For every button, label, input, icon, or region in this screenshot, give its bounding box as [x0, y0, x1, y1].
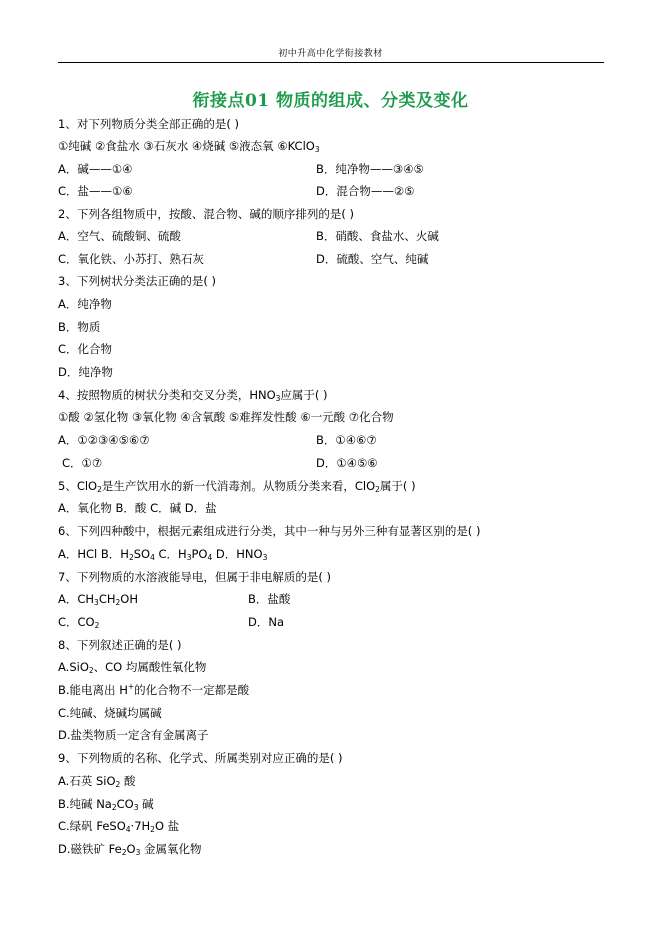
- stem-text: 属于( ): [380, 479, 416, 493]
- question-9-option-d: D.磁铁矿 Fe2O3 金属氧化物: [58, 839, 202, 859]
- subscript: 3: [315, 145, 320, 154]
- question-3-option-c: C．化合物: [58, 339, 112, 359]
- question-9-option-b: B.纯碱 Na2CO3 碱: [58, 794, 154, 814]
- option-c: C．①⑦: [58, 456, 102, 470]
- option-text: A．HCl B．H: [58, 547, 129, 561]
- question-4-options-row-2: C．①⑦ D．①④⑤⑥: [58, 453, 604, 473]
- question-6-stem: 6、下列四种酸中，根据元素组成进行分类，其中一种与另外三种有显著区别的是( ): [58, 521, 480, 541]
- option-text: ·7H: [131, 819, 151, 833]
- option-text: A．CH: [58, 592, 94, 606]
- stem-text: 4、按照物质的树状分类和交叉分类，HNO: [58, 388, 276, 402]
- option-a: A．碱——①④: [58, 162, 133, 176]
- option-text: SO: [134, 547, 150, 561]
- option-text: C.绿矾 FeSO: [58, 819, 126, 833]
- stem-text: 是生产饮用水的新一代消毒剂。从物质分类来看，ClO: [102, 479, 375, 493]
- option-a: A．①②③④⑤⑥⑦: [58, 433, 150, 447]
- option-text: D.磁铁矿 Fe: [58, 842, 122, 856]
- question-4-options-row-1: A．①②③④⑤⑥⑦ B．①④⑥⑦: [58, 430, 604, 450]
- option-text: C．CO: [58, 615, 95, 629]
- question-1-stem: 1、对下列物质分类全部正确的是( ): [58, 114, 239, 134]
- question-5-stem: 5、ClO2是生产饮用水的新一代消毒剂。从物质分类来看，ClO2属于( ): [58, 476, 416, 496]
- question-1-items-text: ①纯碱 ②食盐水 ③石灰水 ④烧碱 ⑤液态氧 ⑥KClO: [58, 139, 315, 153]
- stem-text: 5、ClO: [58, 479, 97, 493]
- question-4-stem: 4、按照物质的树状分类和交叉分类，HNO3应属于( ): [58, 385, 328, 405]
- question-1-options-row-1: A．碱——①④ B．纯净物——③④⑤: [58, 159, 604, 179]
- subscript: 2: [95, 621, 100, 630]
- page-header: 初中升高中化学衔接教材: [0, 46, 661, 59]
- question-3-stem: 3、下列树状分类法正确的是( ): [58, 271, 216, 291]
- option-b: B．①④⑥⑦: [316, 430, 377, 450]
- option-text: D．HNO: [212, 547, 262, 561]
- question-7-stem: 7、下列物质的水溶液能导电，但属于非电解质的是( ): [58, 567, 331, 587]
- question-9-option-a: A.石英 SiO2 酸: [58, 771, 135, 791]
- option-c: C．氧化铁、小苏打、熟石灰: [58, 252, 204, 266]
- question-5-options: A．氧化物 B．酸 C．碱 D．盐: [58, 498, 217, 518]
- question-3-option-a: A．纯净物: [58, 294, 112, 314]
- option-b: B．盐酸: [248, 589, 290, 609]
- option-text: 、CO 均属酸性氧化物: [94, 660, 207, 674]
- option-c: C．CO2: [58, 615, 99, 629]
- option-d: D．Na: [248, 612, 284, 632]
- option-text: O 盐: [155, 819, 179, 833]
- question-2-stem: 2、下列各组物质中，按酸、混合物、碱的顺序排列的是( ): [58, 204, 354, 224]
- option-text: OH: [120, 592, 138, 606]
- question-3-option-d: D．纯净物: [58, 362, 113, 382]
- header-divider: [58, 62, 604, 63]
- subscript: 3: [263, 553, 268, 562]
- option-d: D．①④⑤⑥: [316, 453, 378, 473]
- question-2-options-row-2: C．氧化铁、小苏打、熟石灰 D．硫酸、空气、纯碱: [58, 249, 604, 269]
- option-text: 的化合物不一定都是酸: [134, 683, 249, 697]
- option-text: A.石英 SiO: [58, 774, 116, 788]
- question-8-option-c: C.纯碱、烧碱均属碱: [58, 703, 162, 723]
- question-3-option-b: B．物质: [58, 317, 100, 337]
- question-1-options-row-2: C．盐——①⑥ D．混合物——②⑤: [58, 181, 604, 201]
- question-9-stem: 9、下列物质的名称、化学式、所属类别对应正确的是( ): [58, 748, 342, 768]
- option-text: CH: [99, 592, 116, 606]
- question-8-stem: 8、下列叙述正确的是( ): [58, 635, 181, 655]
- question-6-options: A．HCl B．H2SO4 C．H3PO4 D．HNO3: [58, 544, 267, 564]
- option-text: A.SiO: [58, 660, 89, 674]
- question-9-option-c: C.绿矾 FeSO4·7H2O 盐: [58, 816, 179, 836]
- option-text: B.纯碱 Na: [58, 797, 112, 811]
- question-2-options-row-1: A．空气、硫酸铜、硫酸 B．硝酸、食盐水、火碱: [58, 226, 604, 246]
- question-8-option-a: A.SiO2、CO 均属酸性氧化物: [58, 657, 206, 677]
- option-text: CO: [117, 797, 134, 811]
- question-1-items: ①纯碱 ②食盐水 ③石灰水 ④烧碱 ⑤液态氧 ⑥KClO3: [58, 136, 320, 156]
- question-8-option-d: D.盐类物质一定含有金属离子: [58, 725, 209, 745]
- stem-text: 应属于( ): [280, 388, 327, 402]
- option-b: B．纯净物——③④⑤: [316, 159, 424, 179]
- question-4-items: ①酸 ②氢化物 ③氧化物 ④含氧酸 ⑤难挥发性酸 ⑥一元酸 ⑦化合物: [58, 407, 394, 427]
- document-title: 衔接点01 物质的组成、分类及变化: [0, 86, 661, 111]
- option-c: C．盐——①⑥: [58, 184, 133, 198]
- option-text: 金属氧化物: [140, 842, 201, 856]
- option-d: D．硫酸、空气、纯碱: [316, 249, 428, 269]
- option-text: O: [127, 842, 136, 856]
- option-b: B．硝酸、食盐水、火碱: [316, 226, 439, 246]
- option-a: A．CH3CH2OH: [58, 592, 138, 606]
- option-text: B.能电离出 H: [58, 683, 128, 697]
- option-d: D．混合物——②⑤: [316, 181, 414, 201]
- question-7-options-row-2: C．CO2 D．Na: [58, 612, 604, 632]
- option-text: 酸: [120, 774, 135, 788]
- option-text: PO: [191, 547, 207, 561]
- option-text: 碱: [139, 797, 154, 811]
- option-a: A．空气、硫酸铜、硫酸: [58, 229, 181, 243]
- question-8-option-b: B.能电离出 H+的化合物不一定都是酸: [58, 680, 249, 700]
- question-7-options-row-1: A．CH3CH2OH B．盐酸: [58, 589, 604, 609]
- option-text: C．H: [155, 547, 187, 561]
